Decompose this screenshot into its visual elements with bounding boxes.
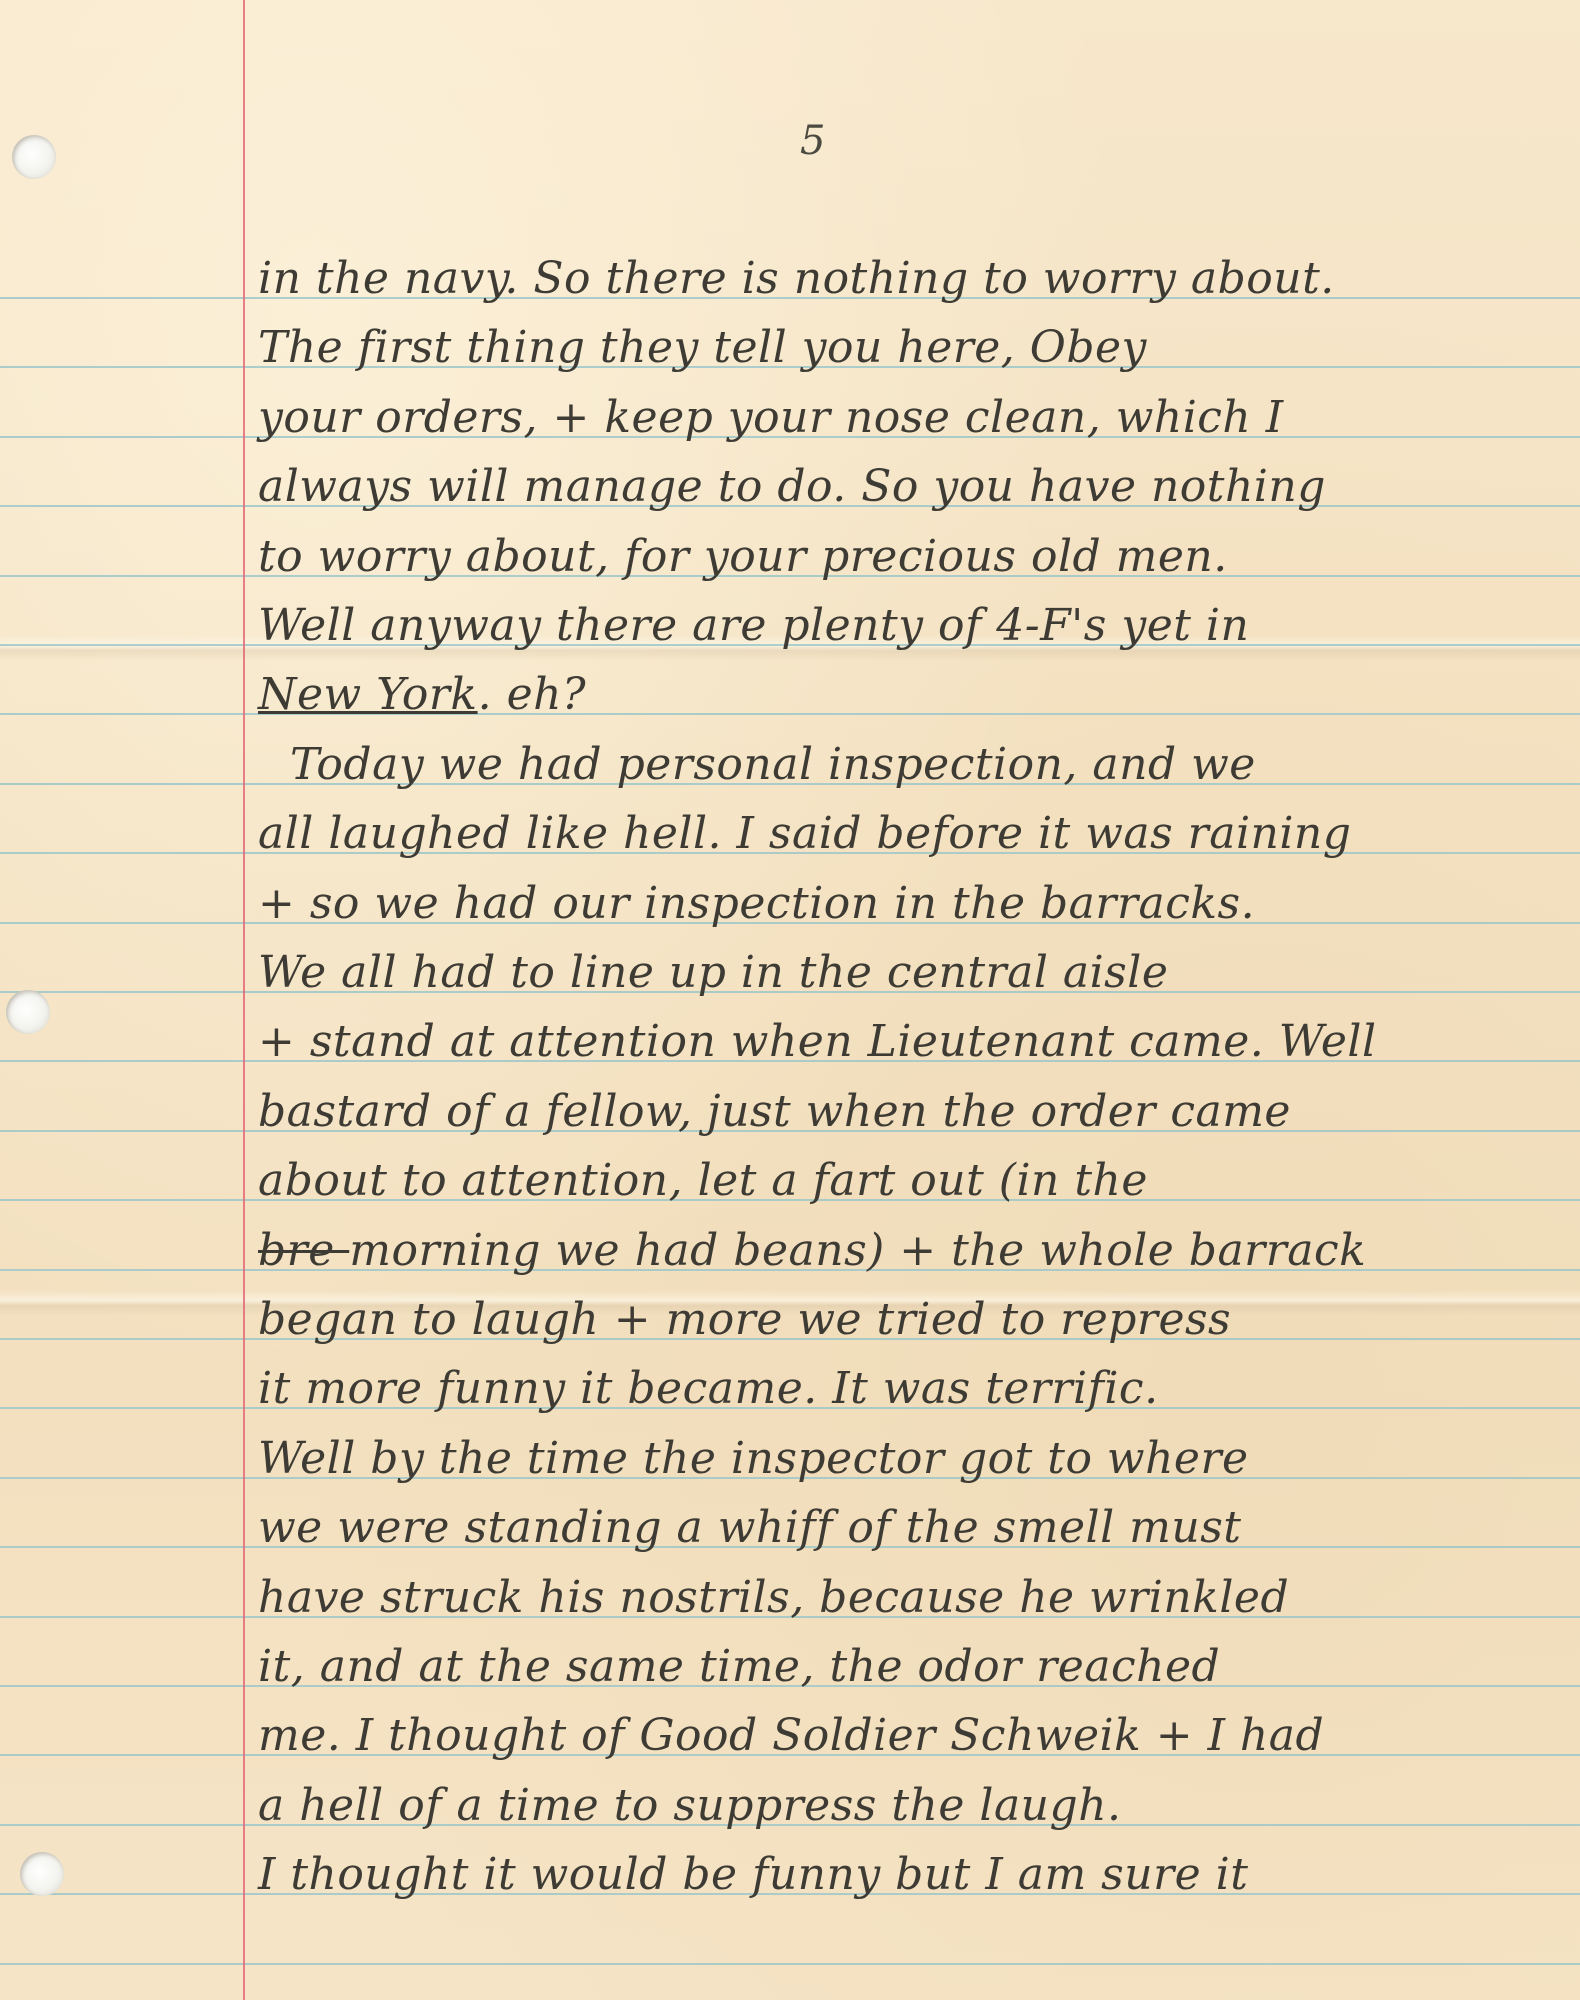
letter-line: The first thing they tell you here, Obey <box>258 326 1568 370</box>
letter-line: all laughed like hell. I said before it … <box>258 812 1568 856</box>
letter-line: We all had to line up in the central ais… <box>258 951 1568 995</box>
letter-line: bastard of a fellow, just when the order… <box>258 1090 1568 1134</box>
letter-line: + stand at attention when Lieutenant cam… <box>258 1020 1568 1064</box>
letter-line: in the navy. So there is nothing to worr… <box>258 257 1568 301</box>
letter-line: Today we had personal inspection, and we <box>290 743 1580 787</box>
underlined-text: New York <box>258 669 478 720</box>
letter-page: 5 in the navy. So there is nothing to wo… <box>0 0 1580 2000</box>
letter-line: it more funny it became. It was terrific… <box>258 1367 1568 1411</box>
punch-hole <box>6 990 50 1034</box>
letter-line: Well anyway there are plenty of 4-F's ye… <box>258 604 1568 648</box>
letter-line: New York. eh? <box>258 673 1568 717</box>
letter-line: your orders, + keep your nose clean, whi… <box>258 396 1568 440</box>
letter-line: to worry about, for your precious old me… <box>258 535 1568 579</box>
letter-line: me. I thought of Good Soldier Schweik + … <box>258 1714 1568 1758</box>
letter-line: a hell of a time to suppress the laugh. <box>258 1784 1568 1828</box>
letter-line: Well by the time the inspector got to wh… <box>258 1437 1568 1481</box>
punch-hole <box>12 135 56 179</box>
letter-line: have struck his nostrils, because he wri… <box>258 1576 1568 1620</box>
letter-line: always will manage to do. So you have no… <box>258 465 1568 509</box>
letter-line: + so we had our inspection in the barrac… <box>258 882 1568 926</box>
page-number: 5 <box>800 118 825 164</box>
punch-hole <box>20 1852 64 1896</box>
letter-line: it, and at the same time, the odor reach… <box>258 1645 1568 1689</box>
letter-line: began to laugh + more we tried to repres… <box>258 1298 1568 1342</box>
struck-out-word: bre <box>258 1225 349 1276</box>
ruled-line <box>0 1963 1580 1965</box>
margin-line <box>243 0 245 2000</box>
letter-line: bre morning we had beans) + the whole ba… <box>258 1229 1568 1273</box>
letter-line: I thought it would be funny but I am sur… <box>258 1853 1568 1897</box>
letter-line: we were standing a whiff of the smell mu… <box>258 1506 1568 1550</box>
letter-line: about to attention, let a fart out (in t… <box>258 1159 1568 1203</box>
